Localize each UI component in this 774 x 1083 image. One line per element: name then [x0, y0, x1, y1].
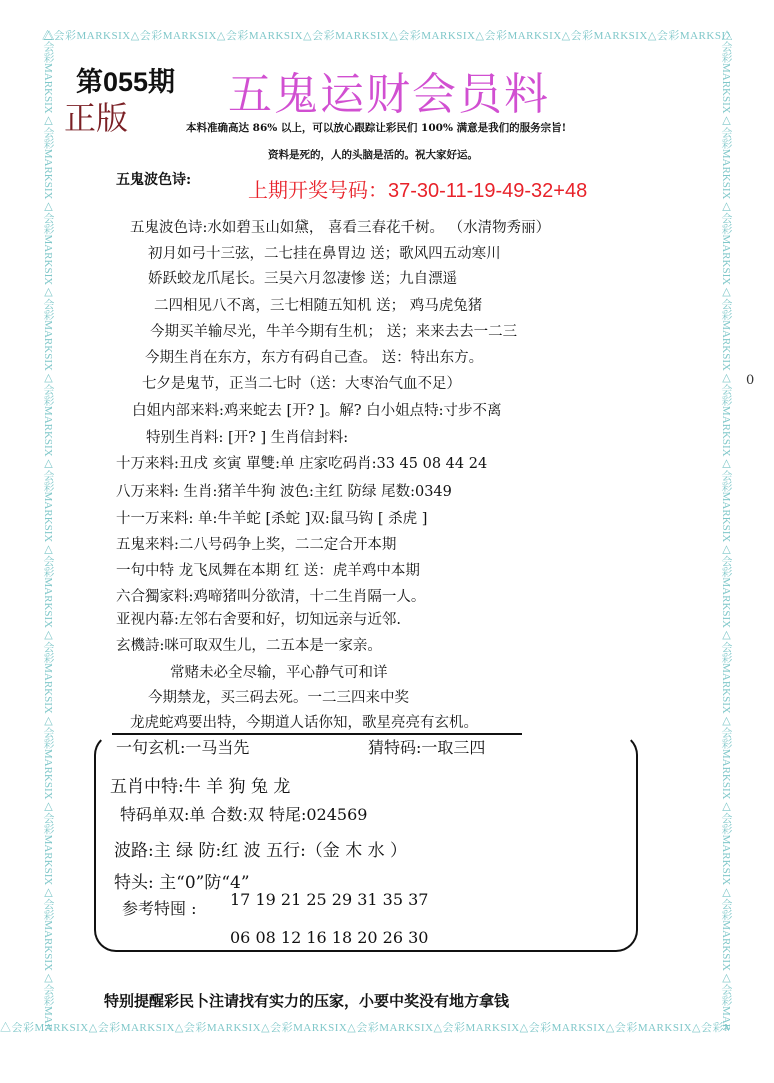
content-line: 特别生肖料: [开? ] 生肖信封料: — [146, 426, 348, 447]
last-draw-label: 上期开奖号码： — [248, 180, 388, 202]
ref-numbers-row-2: 06 08 12 16 18 20 26 30 — [230, 928, 428, 947]
riddle-line: 一句玄机:一马当先 — [116, 735, 249, 758]
watermark-border-right: △会彩MARKSIX△会彩MARKSIX△会彩MARKSIX△会彩MARKSIX… — [720, 30, 732, 1030]
content-line: 十一万来料: 单:牛羊蛇 [杀蛇 ]双:鼠马钩 [ 杀虎 ] — [116, 507, 427, 528]
content-line: 常赌未必全尽输，平心静气可和详 — [170, 661, 388, 682]
watermark-border-bottom: △会彩MARKSIX△会彩MARKSIX△会彩MARKSIX△会彩MARKSIX… — [0, 1022, 730, 1034]
content-line: 初月如弓十三弦，二七挂在鼻胃边 送；歌风四五动寒川 — [148, 242, 501, 263]
watermark-border-left: △会彩MARKSIX△会彩MARKSIX△会彩MARKSIX△会彩MARKSIX… — [42, 30, 54, 1030]
content-line: 今期买羊输尽光，牛羊今期有生机； 送；来来去去一二三 — [150, 320, 517, 341]
footer-notice: 特别提醒彩民卜注请找有实力的压家，小要中奖没有地方拿钱 — [104, 990, 509, 1011]
odd-even-line: 特码单双:单 合数:双 特尾:024569 — [120, 802, 367, 825]
content-line: 六合獨家料:鸡啼猪叫分欲清，十二生肖隔一人。 — [116, 585, 425, 606]
content-line: 七夕是鬼节，正当二七时（送：大枣治气血不足） — [142, 372, 461, 393]
content-line: 白姐内部来料:鸡来蛇去 [开? ]。解? 白小姐点特:寸步不离 — [132, 399, 501, 420]
content-line: 今期禁龙，买三码去死。一二三四来中奖 — [148, 686, 409, 707]
content-line: 一句中特 龙飞凤舞在本期 红 送：虎羊鸡中本期 — [116, 559, 420, 580]
ref-label: 参考特囤 : — [122, 896, 196, 919]
content-line: 五鬼波色诗:水如碧玉山如黛， 喜看三春花千树。 （水清物秀丽） — [130, 216, 550, 237]
content-line: 八万来料: 生肖:猪羊牛狗 波色:主红 防绿 尾数:0349 — [116, 480, 452, 501]
guess-line: 猜特码:一取三四 — [368, 735, 485, 758]
content-line: 十万来料:丑戌 亥寅 單雙:单 庄家吃码肖:33 45 08 44 24 — [116, 452, 487, 473]
last-draw: 上期开奖号码：37-30-11-19-49-32+48 — [248, 174, 587, 203]
stray-mark: 0 — [746, 373, 754, 388]
content-line: 今期生肖在东方，东方有码自己查。 送：特出东方。 — [145, 346, 483, 367]
slogan-line-1: 本料准确高达 86% 以上，可以放心跟踪让彩民们 100% 满意是我们的服务宗旨… — [186, 120, 566, 135]
content-line: 玄機詩:咪可取双生儿，二五本是一家亲。 — [116, 634, 382, 655]
five-zodiac-line: 五肖中特:牛 羊 狗 兔 龙 — [110, 772, 290, 797]
content-line: 五鬼来料:二八号码争上奖，二二定合开本期 — [116, 533, 396, 554]
slogan-line-2: 资料是死的，人的头脑是活的。祝大家好运。 — [268, 147, 478, 162]
poem-label: 五鬼波色诗: — [116, 169, 191, 189]
content-line: 亚视内幕:左邻右舍要和好，切知远亲与近邻. — [116, 608, 401, 629]
content-line: 龙虎蛇鸡要出特，今期道人话你知，歌星亮亮有玄机。 — [130, 711, 478, 732]
content-line: 二四相见八不离，三七相随五知机 送； 鸡马虎兔猪 — [154, 294, 482, 315]
content-line: 娇跃蛟龙爪尾长。三吴六月忽凄惨 送；九自漂遥 — [148, 267, 457, 288]
watermark-border-top: △会彩MARKSIX△会彩MARKSIX△会彩MARKSIX△会彩MARKSIX… — [42, 30, 730, 42]
edition-label: 正版 — [64, 93, 128, 139]
page-title: 五鬼运财会员料 — [228, 58, 550, 122]
wave-line: 波路:主 绿 防:红 波 五行:（金 木 水 ） — [114, 836, 407, 861]
ref-numbers-row-1: 17 19 21 25 29 31 35 37 — [230, 890, 428, 909]
last-draw-numbers: 37-30-11-19-49-32+48 — [388, 180, 587, 202]
